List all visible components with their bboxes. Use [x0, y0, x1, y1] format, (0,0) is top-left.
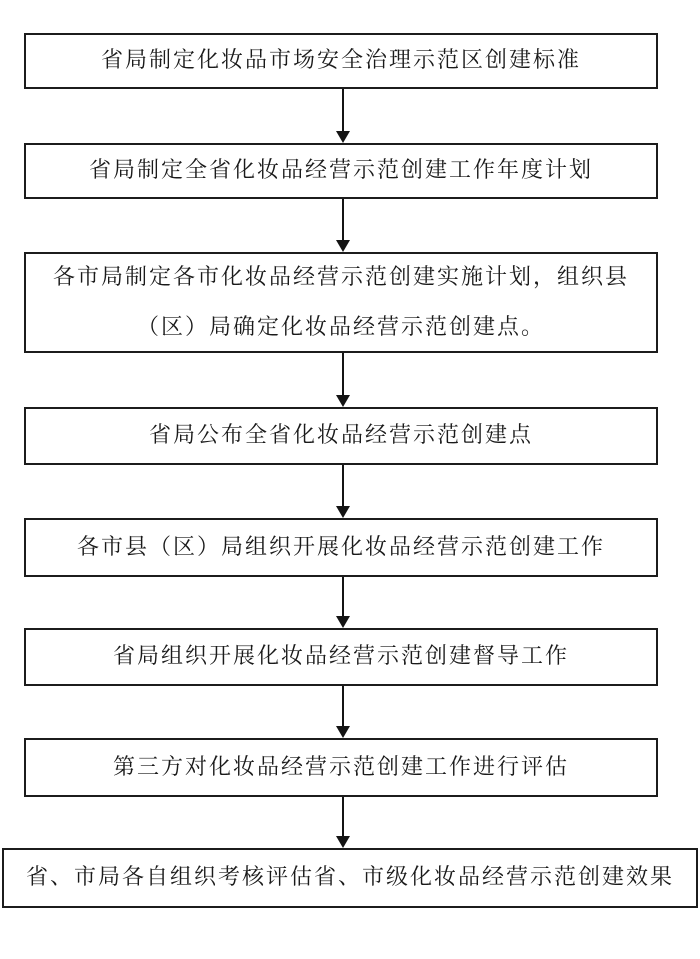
arrow-head-icon — [336, 616, 350, 628]
arrow-shaft — [342, 353, 344, 396]
arrow-head-icon — [336, 131, 350, 143]
down-arrow-7 — [336, 797, 350, 848]
flow-node-1-text: 省局制定化妆品市场安全治理示范区创建标准 — [101, 36, 581, 86]
arrow-head-icon — [336, 506, 350, 518]
arrow-head-icon — [336, 836, 350, 848]
down-arrow-1 — [336, 89, 350, 143]
flow-node-3: 各市局制定各市化妆品经营示范创建实施计划，组织县 （区）局确定化妆品经营示范创建… — [24, 252, 658, 353]
flowchart-canvas: 省局制定化妆品市场安全治理示范区创建标准 省局制定全省化妆品经营示范创建工作年度… — [0, 0, 700, 959]
arrow-head-icon — [336, 726, 350, 738]
arrow-head-icon — [336, 395, 350, 407]
flow-node-5-text: 各市县（区）局组织开展化妆品经营示范创建工作 — [77, 523, 605, 573]
arrow-shaft — [342, 686, 344, 727]
arrow-shaft — [342, 797, 344, 837]
arrow-shaft — [342, 89, 344, 132]
flow-node-6-text: 省局组织开展化妆品经营示范创建督导工作 — [113, 632, 569, 682]
flow-node-4: 省局公布全省化妆品经营示范创建点 — [24, 407, 658, 465]
flow-node-8: 省、市局各自组织考核评估省、市级化妆品经营示范创建效果 — [2, 848, 698, 908]
flow-node-3-text: 各市局制定各市化妆品经营示范创建实施计划，组织县 （区）局确定化妆品经营示范创建… — [53, 253, 629, 353]
arrow-shaft — [342, 199, 344, 241]
flow-node-8-text: 省、市局各自组织考核评估省、市级化妆品经营示范创建效果 — [26, 853, 674, 903]
down-arrow-3 — [336, 353, 350, 407]
flow-node-7: 第三方对化妆品经营示范创建工作进行评估 — [24, 738, 658, 797]
flow-node-2: 省局制定全省化妆品经营示范创建工作年度计划 — [24, 143, 658, 199]
arrow-head-icon — [336, 240, 350, 252]
down-arrow-5 — [336, 577, 350, 628]
down-arrow-4 — [336, 465, 350, 518]
down-arrow-2 — [336, 199, 350, 252]
flow-node-5: 各市县（区）局组织开展化妆品经营示范创建工作 — [24, 518, 658, 577]
arrow-shaft — [342, 465, 344, 507]
flow-node-4-text: 省局公布全省化妆品经营示范创建点 — [149, 411, 533, 461]
flow-node-7-text: 第三方对化妆品经营示范创建工作进行评估 — [113, 743, 569, 793]
arrow-shaft — [342, 577, 344, 617]
flow-node-2-text: 省局制定全省化妆品经营示范创建工作年度计划 — [89, 146, 593, 196]
down-arrow-6 — [336, 686, 350, 738]
flow-node-6: 省局组织开展化妆品经营示范创建督导工作 — [24, 628, 658, 686]
flow-node-1: 省局制定化妆品市场安全治理示范区创建标准 — [24, 33, 658, 89]
